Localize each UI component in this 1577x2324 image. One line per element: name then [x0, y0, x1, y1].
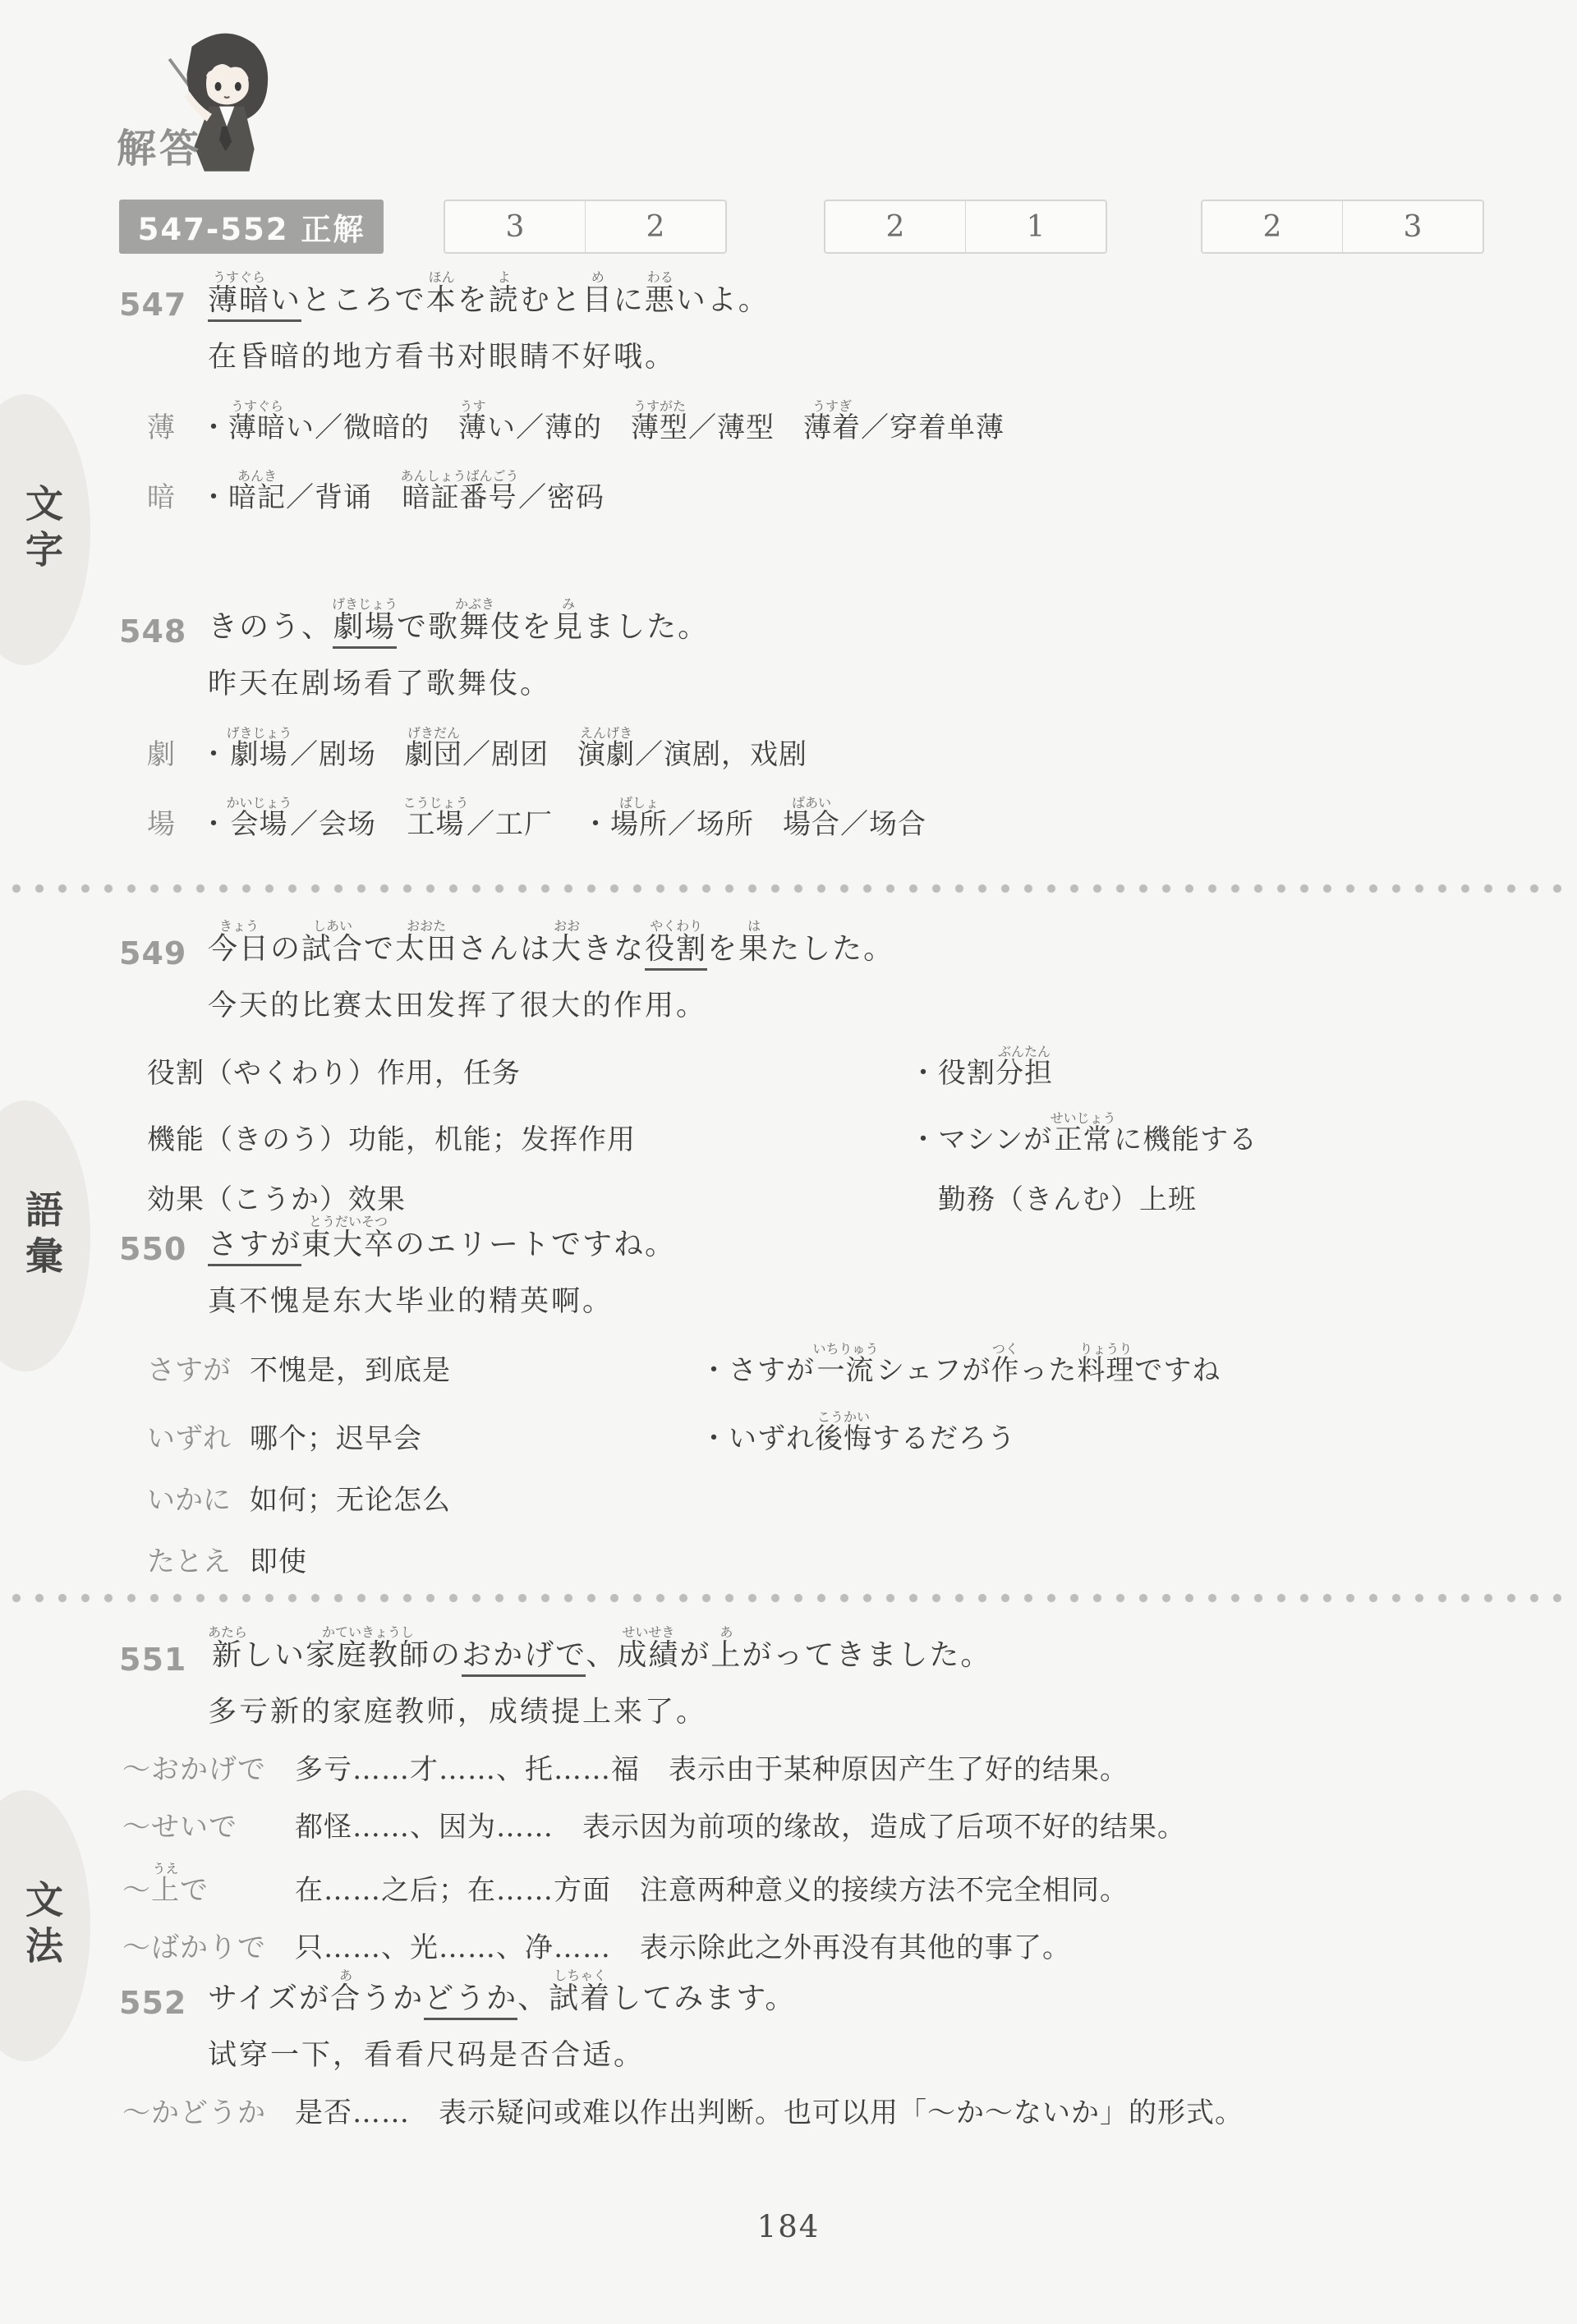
- vocab-head-kanji: 暗: [147, 475, 200, 515]
- grammar-desc: 都怪……、因为…… 表示因为前项的缘故，造成了后项不好的结果。: [295, 1810, 1532, 1845]
- vocab-row: 場 ・会場かいじょう／会场 工場こうじょう／工厂 ・場所ばしょ／场所 場合ばあい…: [119, 778, 1532, 842]
- question-sentence: さすが東大卒とうだいそつのエリートですね。: [208, 1214, 676, 1262]
- vocab-row: 薄 ・薄暗うすぐらい／微暗的 薄うすい／薄的 薄型うすがた／薄型 薄着うすぎ／穿…: [119, 382, 1532, 445]
- sidebar-tab-goi: 語彙: [0, 1100, 90, 1371]
- vocab-head-kanji: 薄: [147, 405, 200, 445]
- question-551: 551 新あたらしい家庭教師かていきょうしのおかげで、成績せいせきが上あがってき…: [119, 1624, 1532, 1965]
- answer-range-badge: 547-552 正解: [119, 200, 384, 254]
- question-548: 548 きのう、劇場げきじょうで歌舞伎かぶきを見みました。 昨天在剧场看了歌舞伎…: [119, 596, 1532, 842]
- question-550: 550 さすが東大卒とうだいそつのエリートですね。 真不愧是东大毕业的精英啊。 …: [119, 1214, 1532, 1579]
- vocab-meaning: 不愧是，到底是: [250, 1348, 700, 1388]
- vocab-head-kanji: 劇: [147, 732, 200, 772]
- question-number: 552: [119, 1968, 208, 2021]
- answer-bar: 547-552 正解 3 2 2 1 2 3: [119, 200, 1484, 254]
- question-552: 552 サイズが合あうかどうか、試着しちゃくしてみます。 试穿一下，看看尺码是否…: [119, 1968, 1532, 2131]
- grammar-term: ～おかげで: [122, 1747, 295, 1787]
- grammar-row: ～上うえで 在……之后；在……方面 注意两种意义的接续方法不完全相同。: [119, 1848, 1532, 1908]
- vocab-text: ・劇場げきじょう／剧场 劇団げきだん／剧团 演劇えんげき／演剧，戏剧: [200, 725, 807, 772]
- answer-box-group: 2 1: [824, 200, 1107, 254]
- answer-value: 2: [585, 201, 725, 252]
- vocab-term: たとえ: [147, 1539, 250, 1579]
- grammar-desc: 只……、光……、净…… 表示除此之外再没有其他的事了。: [295, 1931, 1532, 1966]
- grammar-term: ～せいで: [122, 1804, 295, 1844]
- vocab-example: ・さすが一流いちりゅうシェフが作つくった料理りょうりですね: [700, 1341, 1221, 1388]
- dotted-separator: [11, 884, 1566, 893]
- answer-value: 3: [445, 201, 585, 252]
- vocab-example: 勤務（きんむ）上班: [909, 1183, 1197, 1217]
- answer-page: 解答 547-552 正解 3 2 2 1 2 3 文字 語彙 文法 547 薄…: [0, 0, 1577, 2324]
- grammar-desc: 是否…… 表示疑问或难以作出判断。也可以用「～か～ないか」的形式。: [295, 2096, 1532, 2131]
- question-translation: 昨天在剧场看了歌舞伎。: [208, 661, 1532, 702]
- page-number: 184: [0, 2209, 1577, 2244]
- vocab-row: 役割（やくわり）作用，任务 ・役割分担ぶんたん: [119, 1029, 1532, 1091]
- grammar-term: ～ばかりで: [122, 1925, 295, 1965]
- vocab-meaning: 即使: [250, 1539, 700, 1579]
- sidebar-tab-label: 文法: [15, 1880, 69, 1972]
- grammar-row: ～ばかりで 只……、光……、净…… 表示除此之外再没有其他的事了。: [119, 1912, 1532, 1966]
- sidebar-tab-label: 文字: [15, 484, 69, 576]
- vocab-example: ・マシンが正常せいじょうに機能する: [909, 1110, 1257, 1157]
- question-number: 548: [119, 596, 208, 650]
- grammar-desc: 多亏……才……、托……福 表示由于某种原因产生了好的结果。: [295, 1752, 1532, 1788]
- question-number: 549: [119, 918, 208, 971]
- dotted-separator: [11, 1593, 1566, 1603]
- question-translation: 多亏新的家庭教师，成绩提上来了。: [208, 1689, 1532, 1730]
- question-number: 550: [119, 1214, 208, 1267]
- vocab-row: いかに 如何；无论怎么: [119, 1463, 1532, 1518]
- question-sentence: サイズが合あうかどうか、試着しちゃくしてみます。: [208, 1968, 796, 2016]
- sidebar-tab-moji: 文字: [0, 394, 90, 665]
- vocab-text: ・薄暗うすぐらい／微暗的 薄うすい／薄的 薄型うすがた／薄型 薄着うすぎ／穿着单…: [200, 398, 1005, 445]
- sidebar-tab-bunpo: 文法: [0, 1790, 90, 2061]
- vocab-term: いずれ: [147, 1416, 250, 1456]
- question-translation: 在昏暗的地方看书对眼睛不好哦。: [208, 334, 1532, 375]
- grammar-desc: 在……之后；在……方面 注意两种意义的接续方法不完全相同。: [295, 1873, 1532, 1908]
- answer-value: 2: [825, 201, 965, 252]
- question-sentence: 新あたらしい家庭教師かていきょうしのおかげで、成績せいせきが上あがってきました。: [208, 1624, 991, 1673]
- question-sentence: 薄暗うすぐらいところで本ほんを読よむと目めに悪わるいよ。: [208, 269, 770, 318]
- grammar-term: ～かどうか: [122, 2090, 295, 2130]
- grammar-row: ～おかげで 多亏……才……、托……福 表示由于某种原因产生了好的结果。: [119, 1734, 1532, 1788]
- answer-value: 2: [1202, 201, 1342, 252]
- grammar-row: ～かどうか 是否…… 表示疑问或难以作出判断。也可以用「～か～ないか」的形式。: [119, 2077, 1532, 2131]
- vocab-text: ・会場かいじょう／会场 工場こうじょう／工厂 ・場所ばしょ／场所 場合ばあい／场…: [200, 795, 926, 842]
- vocab-example: ・いずれ後悔こうかいするだろう: [700, 1409, 1016, 1456]
- question-547: 547 薄暗うすぐらいところで本ほんを読よむと目めに悪わるいよ。 在昏暗的地方看…: [119, 269, 1532, 515]
- vocab-row: 暗 ・暗記あんき／背诵 暗証番号あんしょうばんごう／密码: [119, 452, 1532, 515]
- vocab-term: さすが: [147, 1348, 250, 1388]
- vocab-entry: 役割（やくわり）作用，任务: [147, 1050, 909, 1091]
- kaitou-label: 解答: [117, 117, 202, 173]
- question-translation: 今天的比赛太田发挥了很大的作用。: [208, 983, 1532, 1024]
- vocab-row: 劇 ・劇場げきじょう／剧场 劇団げきだん／剧团 演劇えんげき／演剧，戏剧: [119, 709, 1532, 772]
- question-number: 547: [119, 269, 208, 323]
- vocab-entry: 効果（こうか）效果: [147, 1177, 909, 1217]
- grammar-term: ～上うえで: [122, 1861, 295, 1908]
- vocab-example: ・役割分担ぶんたん: [909, 1044, 1053, 1091]
- question-number: 551: [119, 1624, 208, 1678]
- question-549: 549 今日きょうの試合しあいで太田おおたさんは大おおきな役割やくわりを果はたし…: [119, 918, 1532, 1217]
- vocab-row: 効果（こうか）效果 勤務（きんむ）上班: [119, 1162, 1532, 1217]
- vocab-text: ・暗記あんき／背诵 暗証番号あんしょうばんごう／密码: [200, 468, 605, 515]
- sidebar-tab-label: 語彙: [15, 1190, 69, 1282]
- vocab-meaning: 哪个；迟早会: [250, 1416, 700, 1456]
- vocab-row: いずれ 哪个；迟早会 ・いずれ後悔こうかいするだろう: [119, 1394, 1532, 1456]
- vocab-term: いかに: [147, 1477, 250, 1518]
- vocab-row: たとえ 即使: [119, 1524, 1532, 1579]
- vocab-meaning: 如何；无论怎么: [250, 1477, 700, 1518]
- vocab-row: 機能（きのう）功能，机能；发挥作用 ・マシンが正常せいじょうに機能する: [119, 1095, 1532, 1157]
- question-sentence: 今日きょうの試合しあいで太田おおたさんは大おおきな役割やくわりを果はたした。: [208, 918, 894, 967]
- vocab-entry: 機能（きのう）功能，机能；发挥作用: [147, 1117, 909, 1157]
- vocab-row: さすが 不愧是，到底是 ・さすが一流いちりゅうシェフが作つくった料理りょうりです…: [119, 1326, 1532, 1388]
- answer-box-group: 2 3: [1201, 200, 1484, 254]
- question-sentence: きのう、劇場げきじょうで歌舞伎かぶきを見みました。: [208, 596, 709, 645]
- answer-value: 1: [965, 201, 1106, 252]
- question-translation: 真不愧是东大毕业的精英啊。: [208, 1279, 1532, 1320]
- answer-value: 3: [1342, 201, 1483, 252]
- vocab-head-kanji: 場: [147, 801, 200, 842]
- question-translation: 试穿一下，看看尺码是否合适。: [208, 2032, 1532, 2074]
- grammar-row: ～せいで 都怪……、因为…… 表示因为前项的缘故，造成了后项不好的结果。: [119, 1791, 1532, 1845]
- answer-box-group: 3 2: [444, 200, 727, 254]
